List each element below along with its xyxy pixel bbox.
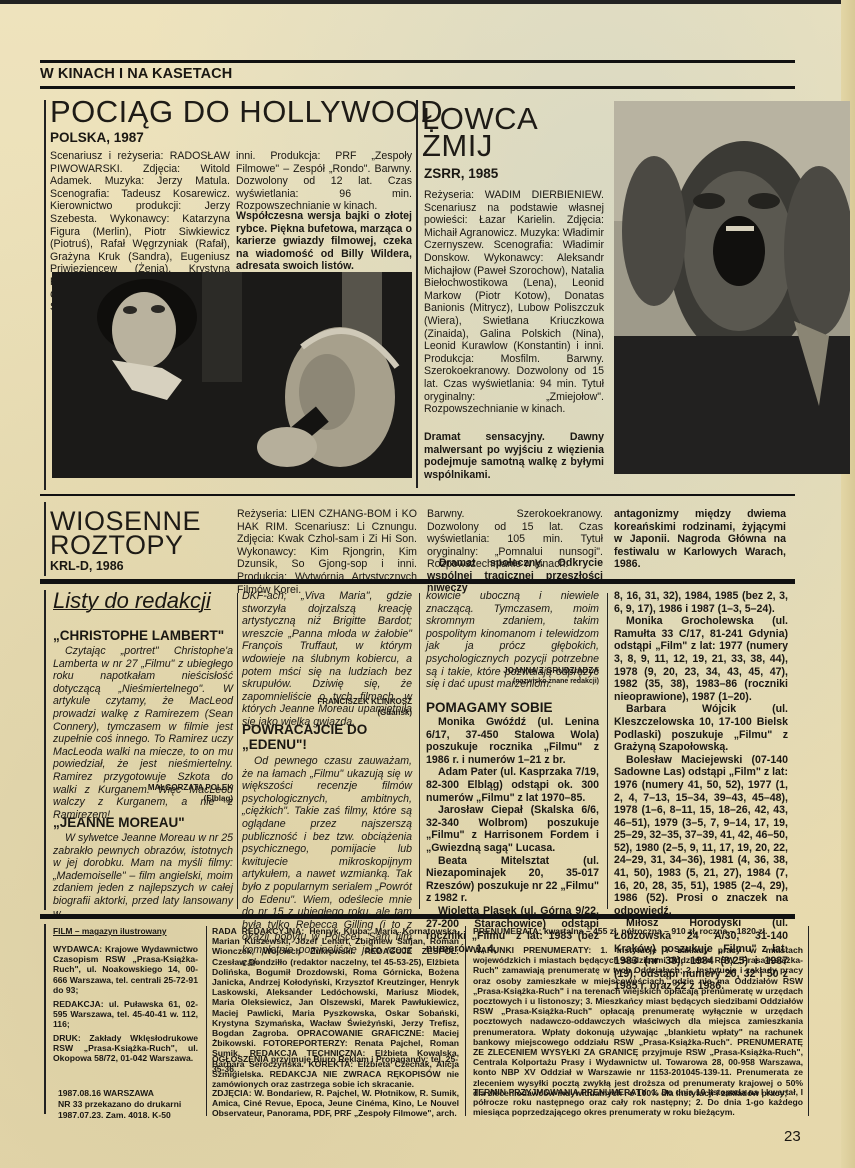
- issue-date: 1987.08.16 WARSZAWA: [58, 1088, 208, 1098]
- letter1-place: (Elbląg): [53, 794, 233, 804]
- column-rule: [465, 926, 466, 1116]
- letter2-title: „JEANNE MOREAU": [53, 815, 185, 830]
- subscription-deadline: TERMIN PRZYJMOWANIA PRENUMERATY: 1. Do d…: [473, 1087, 803, 1118]
- pomagamy-col1: Monika Gwóźdź (ul. Lenina 6/17, 37-450 S…: [426, 716, 599, 955]
- pomagamy-entry: Monika Grocholewska (ul. Ramułta 33 C/17…: [614, 615, 788, 703]
- film3-summary-part2: antagonizmy między dwiema koreańskimi ro…: [614, 508, 786, 571]
- column-rule: [44, 924, 46, 1114]
- issue-order-info: 1987.07.23. Zam. 4018. K-50: [58, 1110, 208, 1120]
- film1-credits-col2: inni. Produkcja: PRF „Zespoły Filmowe" –…: [236, 150, 412, 213]
- editorial-address: REDAKCJA: ul. Puławska 61, 02-595 Warsza…: [53, 999, 198, 1030]
- film1-still-photo: [52, 272, 412, 478]
- subscription-terms: WARUNKI PRENUMERATY: 1. Instytucje i zak…: [473, 945, 803, 1098]
- column-rule: [44, 590, 46, 910]
- film1-photo-image: [52, 272, 412, 478]
- header-rule-bottom: [40, 86, 795, 89]
- column-rule: [237, 593, 238, 909]
- pomagamy-title: POMAGAMY SOBIE: [426, 700, 553, 715]
- column-rule: [206, 926, 207, 1116]
- column-rule: [416, 100, 418, 488]
- photo-credits: ZDJĘCIA: W. Bondariew, R. Pajchel, W. Pł…: [212, 1088, 459, 1119]
- printer-info: DRUK: Zakłady Wklęsłodrukowe RSW „Prasa-…: [53, 1033, 198, 1064]
- film2-still-photo: [614, 101, 850, 474]
- film2-title-line2: ŻMIJ: [422, 130, 493, 161]
- film2-country-year: ZSRR, 1985: [424, 166, 498, 181]
- header-rule-top: [40, 60, 795, 63]
- letter1-title: „CHRISTOPHE LAMBERT": [53, 628, 224, 643]
- letter1-author: MAŁGORZATA POLEK: [53, 783, 233, 793]
- letters-heading: Listy do redakcji: [53, 588, 211, 614]
- subscription-prices: PRENUMERATA: kwartalna – 455 zł, półrocz…: [473, 926, 803, 936]
- section-divider-thick: [40, 579, 795, 584]
- letter2-text-part1: W sylwetce Jeanne Moreau w nr 25 zabrakł…: [53, 832, 233, 920]
- column-rule: [808, 926, 809, 1116]
- pomagamy-entry: Barbara Wójcik (ul. Kleszczelowska 10, 1…: [614, 703, 788, 753]
- section-divider: [40, 494, 795, 496]
- column-rule: [44, 100, 46, 490]
- page-number: 23: [784, 1128, 801, 1145]
- letter3-title: POWRACAJCIE DO „EDENU"!: [242, 722, 412, 752]
- pomagamy-entry: Bolesław Maciejewski (07-140 Sadowne Las…: [614, 754, 788, 918]
- pomagamy-entry: Adam Pater (ul. Kasprzaka 7/19, 82-300 E…: [426, 766, 599, 804]
- section-title: W KINACH I NA KASETACH: [40, 66, 232, 82]
- advertising-info: OGŁOSZENIA przyjmuje Biuro Reklam i Prop…: [212, 1054, 459, 1074]
- publisher-info: WYDAWCA: Krajowe Wydawnictwo Czasopism R…: [53, 944, 198, 995]
- column-rule: [419, 593, 420, 909]
- film1-summary: Współczesna wersja bajki o złotej rybce.…: [236, 210, 412, 273]
- film1-country-year: POLSKA, 1987: [50, 130, 144, 145]
- film2-photo-image: [614, 101, 850, 474]
- letter3-author: JOANNA Z GRUDZIĄDZA: [426, 666, 599, 676]
- page-top-edge: [0, 0, 855, 4]
- pomagamy-entry: Beata Mitelsztat (ul. Niezapominajek 20,…: [426, 855, 599, 905]
- letter3-place: (nazwisko znane redakcji): [426, 677, 599, 687]
- pomagamy-entry: 8, 16, 31, 32), 1984, 1985 (bez 2, 3, 6,…: [614, 590, 788, 615]
- masthead-publisher-block: WYDAWCA: Krajowe Wydawnictwo Czasopism R…: [53, 944, 198, 1063]
- pomagamy-entry: Monika Gwóźdź (ul. Lenina 6/17, 37-450 S…: [426, 716, 599, 766]
- magazine-title: FILM – magazyn ilustrowany: [53, 926, 173, 936]
- column-rule: [607, 593, 608, 909]
- footer-divider-thick: [40, 914, 795, 919]
- pomagamy-entry: Jarosław Ciepał (Skalska 6/6, 32-340 Wol…: [426, 804, 599, 854]
- film1-title: POCIĄG DO HOLLYWOOD: [50, 96, 443, 127]
- film3-country-year: KRL-D, 1986: [50, 559, 124, 573]
- film3-title-line2: ROZTOPY: [50, 531, 184, 559]
- issue-print-info: NR 33 przekazano do drukarni: [58, 1099, 208, 1109]
- letter2-place: (Gdańsk): [242, 708, 412, 718]
- letter2-author: FRANCISZEK KLINKOSZ: [242, 697, 412, 707]
- column-rule: [44, 502, 46, 576]
- film2-credits: Reżyseria: WADIM DIERBIENIEW. Scenariusz…: [424, 189, 604, 416]
- film2-summary: Dramat sensacyjny. Dawny malwersant po w…: [424, 431, 604, 481]
